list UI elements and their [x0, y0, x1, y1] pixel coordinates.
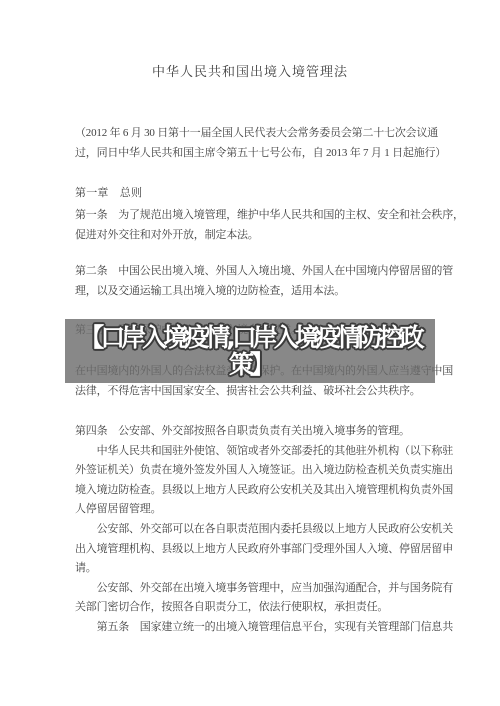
watermark-text-line: 策】 [229, 351, 271, 378]
text-line: 法律，不得危害中国国家安全、损害社会公共利益、破坏社会公共秩序。 [75, 382, 435, 402]
text-line: 第二条 中国公民出境入境、外国人入境出境、外国人在中国境内停留居留的管 [75, 262, 435, 282]
text-line: 第四条 公安部、外交部按照各自职责负责有关出境入境事务的管理。 [75, 422, 435, 442]
text-line: 境入境边防检查。县级以上地方人民政府公安机关及其出入境管理机构负责外国 [75, 481, 435, 501]
preamble: （2012 年 6 月 30 日第十一届全国人民代表大会常务委员会第二十七次会议… [75, 124, 435, 163]
text-line: 中华人民共和国驻外使馆、领馆或者外交部委托的其他驻外机构（以下称驻 [75, 442, 435, 462]
text-line: 第五条 国家建立统一的出境入境管理信息平台，实现有关管理部门信息共 [75, 618, 435, 638]
article-2: 第二条 中国公民出境入境、外国人入境出境、外国人在中国境内停留居留的管 理，以及… [75, 262, 435, 301]
text-line: 第一条 为了规范出境入境管理，维护中华人民共和国的主权、安全和社会秩序， [75, 206, 435, 226]
text-line: 公安部、外交部可以在各自职责范围内委托县级以上地方人民政府公安机关 [75, 520, 435, 540]
watermark-text-line: 【口岸入境疫情,口岸入境疫情防控政 [79, 324, 421, 351]
text-line: 出入境管理机构、县级以上地方人民政府外事部门受理外国人入境、停留居留申 [75, 540, 435, 560]
text-line: （2012 年 6 月 30 日第十一届全国人民代表大会常务委员会第二十七次会议… [75, 124, 435, 144]
document-page: 中华人民共和国出境入境管理法 （2012 年 6 月 30 日第十一届全国人民代… [0, 0, 500, 706]
text-line: 第一章 总则 [75, 184, 435, 204]
watermark-overlay: 【口岸入境疫情,口岸入境疫情防控政 策】 [65, 319, 435, 383]
text-line: 请。 [75, 559, 435, 579]
chapter-heading: 第一章 总则 [75, 184, 435, 204]
text-line: 理，以及交通运输工具出境入境的边防检查，适用本法。 [75, 282, 435, 302]
article-1: 第一条 为了规范出境入境管理，维护中华人民共和国的主权、安全和社会秩序， 促进对… [75, 206, 435, 245]
text-line: 促进对外交往和对外开放，制定本法。 [75, 226, 435, 246]
text-line: 过，同日中华人民共和国主席令第五十七号公布，自 2013 年 7 月 1 日起施… [75, 144, 435, 164]
text-line: 外签证机关）负责在境外签发外国人入境签证。出入境边防检查机关负责实施出 [75, 461, 435, 481]
document-title: 中华人民共和国出境入境管理法 [0, 62, 500, 82]
text-line: 关部门密切合作，按照各自职责分工，依法行使职权，承担责任。 [75, 598, 435, 618]
text-line: 人停留居留管理。 [75, 500, 435, 520]
article-4-5: 第四条 公安部、外交部按照各自职责负责有关出境入境事务的管理。 中华人民共和国驻… [75, 422, 435, 638]
text-line: 公安部、外交部在出境入境事务管理中，应当加强沟通配合，并与国务院有 [75, 579, 435, 599]
